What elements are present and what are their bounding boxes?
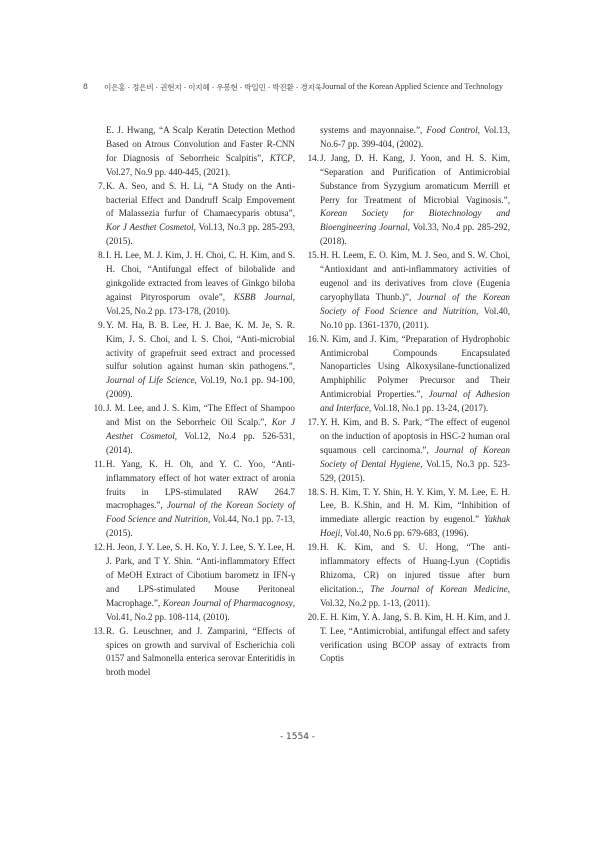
footer-page-number: - 1554 - bbox=[280, 732, 315, 742]
reference-item: E. J. Hwang, “A Scalp Keratin Detection … bbox=[93, 124, 295, 180]
header-journal-title: Journal of the Korean Applied Science an… bbox=[322, 82, 503, 91]
reference-item: 19.H. K. Kim, and S. U. Hong, “The anti-… bbox=[307, 541, 510, 611]
reference-item: 11.H. Yang, K. H. Oh, and Y. C. Yoo, “An… bbox=[93, 458, 295, 541]
reference-item: 10.J. M. Lee, and J. S. Kim, “The Effect… bbox=[93, 402, 295, 458]
reference-item: 16.N. Kim, and J. Kim, “Preparation of H… bbox=[307, 333, 510, 416]
reference-item: 13.R. G. Leuschner, and J. Zamparini, “E… bbox=[93, 625, 295, 681]
reference-item: 20.E. H. Kim, Y. A. Jang, S. B. Kim, H. … bbox=[307, 611, 510, 667]
header-page-number: 8 bbox=[83, 82, 88, 91]
page-footer: - 1554 - bbox=[0, 732, 595, 742]
reference-item: 12.H. Jeon, J. Y. Lee, S. H. Ko, Y. J. L… bbox=[93, 541, 295, 624]
reference-item: 9.Y. M. Ha, B. B. Lee, H. J. Bae, K. M. … bbox=[93, 319, 295, 402]
reference-item: 14.J. Jang, D. H. Kang, J. Yoon, and H. … bbox=[307, 152, 510, 249]
reference-item: 15.H. H. Leem, E. O. Kim, M. J. Seo, and… bbox=[307, 249, 510, 332]
reference-item: 7.K. A. Seo, and S. H. Li, “A Study on t… bbox=[93, 180, 295, 250]
reference-item: 8.I. H. Lee, M. J. Kim, J. H. Choi, C. H… bbox=[93, 249, 295, 319]
reference-item: 18.S. H. Kim, T. Y. Shin, H. Y. Kim, Y. … bbox=[307, 486, 510, 542]
header-authors: 이은홍 · 정은비 · 권현지 · 이지혜 · 우봉현 · 박일민 · 박진환 … bbox=[104, 82, 322, 93]
references-right-column: systems and mayonnaise.”, Food Control, … bbox=[307, 124, 510, 666]
running-header: 8 이은홍 · 정은비 · 권현지 · 이지혜 · 우봉현 · 박일민 · 박진… bbox=[0, 82, 595, 96]
reference-item: 17.Y. H. Kim, and B. S. Park, “The effec… bbox=[307, 416, 510, 486]
reference-item: systems and mayonnaise.”, Food Control, … bbox=[307, 124, 510, 152]
references-left-column: E. J. Hwang, “A Scalp Keratin Detection … bbox=[93, 124, 295, 680]
